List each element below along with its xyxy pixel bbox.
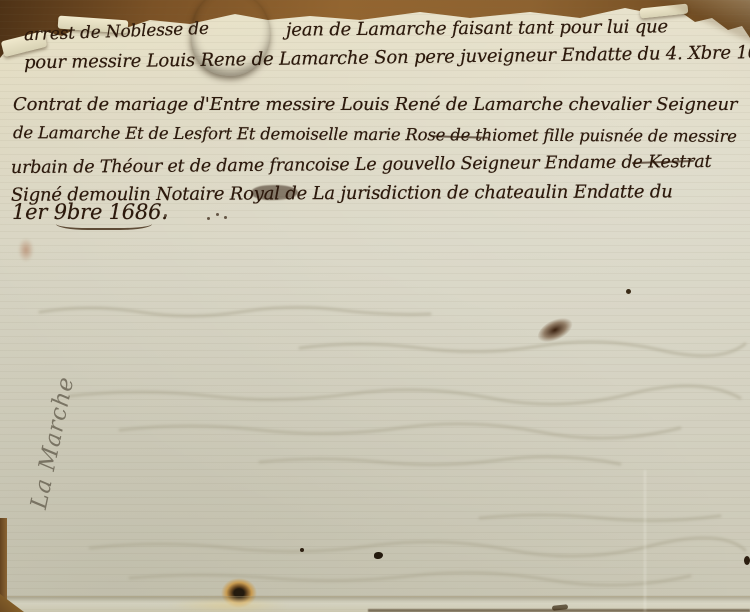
- date-underline-flourish: [56, 218, 152, 230]
- ink-speck: [207, 217, 210, 220]
- ink-speck: [744, 556, 750, 565]
- ink-speck: [216, 213, 219, 216]
- ink-speck: [626, 289, 631, 294]
- ink-speck: [300, 548, 304, 552]
- show-through-writing: [0, 0, 750, 612]
- rust-smudge: [18, 238, 34, 262]
- ink-speck: [164, 214, 167, 217]
- manuscript-photo: arrest de Noblesse de jean de Lamarche f…: [0, 0, 750, 612]
- manuscript-line: jean de Lamarche faisant tant pour lui q…: [286, 16, 668, 40]
- manuscript-line: de Lamarche Et de Lesfort Et demoiselle …: [13, 123, 737, 146]
- ink-speck: [224, 216, 227, 219]
- manuscript-line: Contrat de mariage d'Entre messire Louis…: [13, 94, 737, 115]
- vertical-crease: [644, 470, 646, 612]
